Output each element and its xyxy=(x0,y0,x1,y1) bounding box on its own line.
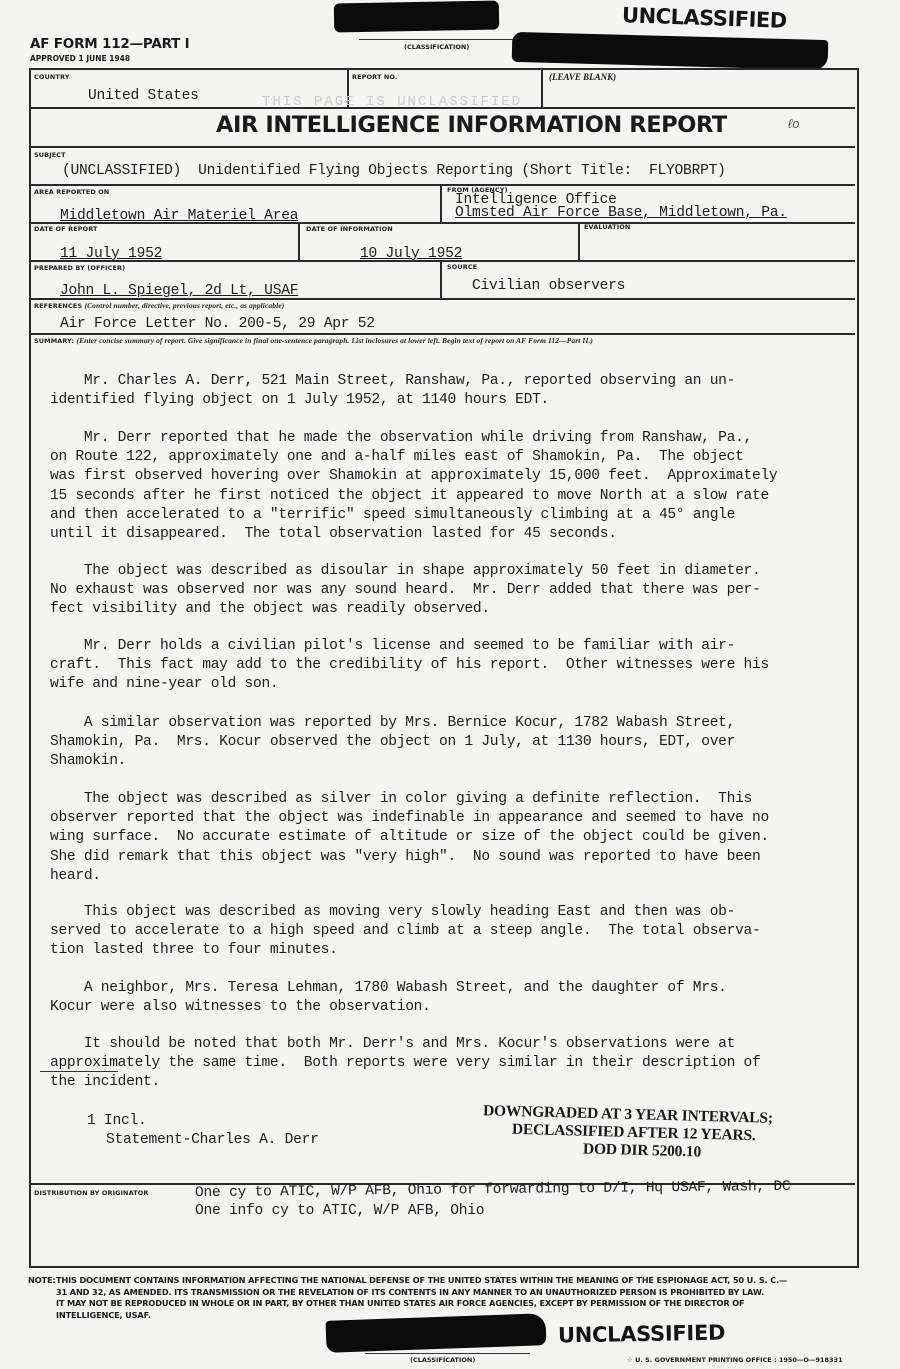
distribution-label: DISTRIBUTION BY ORIGINATOR xyxy=(34,1189,148,1197)
text-line: She did remark that this object was "ver… xyxy=(50,848,860,867)
text-line: A similar observation was reported by Mr… xyxy=(50,714,860,733)
text-line: Kocur were also witnesses to the observa… xyxy=(50,998,860,1017)
inclosure-count: 1 Incl. xyxy=(87,1113,147,1129)
text-line: Mr. Charles A. Derr, 521 Main Street, Ra… xyxy=(50,372,860,391)
paragraph-4: Mr. Derr holds a civilian pilot's licens… xyxy=(50,637,860,695)
underline-mark xyxy=(40,1071,118,1072)
paragraph-2: Mr. Derr reported that he made the obser… xyxy=(50,429,860,544)
paragraph-9: It should be noted that both Mr. Derr's … xyxy=(50,1035,860,1093)
paragraph-1: Mr. Charles A. Derr, 521 Main Street, Ra… xyxy=(50,372,860,410)
notice-line: IT MAY NOT BE REPRODUCED IN WHOLE OR IN … xyxy=(56,1298,876,1310)
leave-blank-label: (LEAVE BLANK) xyxy=(549,72,616,82)
divider xyxy=(31,333,855,335)
evaluation-label: EVALUATION xyxy=(584,223,630,231)
divider xyxy=(31,184,855,186)
source-value: Civilian observers xyxy=(472,278,625,294)
subject-value: (UNCLASSIFIED) Unidentified Flying Objec… xyxy=(62,163,726,179)
notice-line: 31 AND 32, AS AMENDED. ITS TRANSMISSION … xyxy=(56,1287,876,1299)
references-label-text: REFERENCES xyxy=(34,302,82,310)
text-line: Shamokin, Pa. Mrs. Kocur observed the ob… xyxy=(50,733,860,752)
paragraph-6: The object was described as silver in co… xyxy=(50,790,860,886)
prepared-by-label: PREPARED BY (Officer) xyxy=(34,264,125,272)
text-line: wing surface. No accurate estimate of al… xyxy=(50,828,860,847)
text-line: approximately the same time. Both report… xyxy=(50,1054,860,1073)
text-line: No exhaust was observed nor was any soun… xyxy=(50,581,860,600)
divider xyxy=(440,261,442,298)
text-line: tion lasted three to four minutes. xyxy=(50,941,860,960)
references-value: Air Force Letter No. 200-5, 29 Apr 52 xyxy=(60,316,375,332)
text-line: observer reported that the object was in… xyxy=(50,809,860,828)
divider xyxy=(298,223,300,260)
text-line: the incident. xyxy=(50,1073,860,1092)
date-of-info-label: DATE OF INFORMATION xyxy=(306,225,393,233)
text-line: A neighbor, Mrs. Teresa Lehman, 1780 Wab… xyxy=(50,979,860,998)
report-no-label: REPORT NO. xyxy=(352,73,397,81)
text-line: Shamokin. xyxy=(50,752,860,771)
references-label: REFERENCES (Control number, directive, p… xyxy=(34,301,284,310)
divider xyxy=(31,298,855,300)
paragraph-8: A neighbor, Mrs. Teresa Lehman, 1780 Wab… xyxy=(50,979,860,1017)
country-value: United States xyxy=(88,88,199,104)
summary-label-text: SUMMARY: xyxy=(34,337,74,345)
form-id: AF FORM 112—PART I xyxy=(30,36,190,52)
text-line: Mr. Derr holds a civilian pilot's licens… xyxy=(50,637,860,656)
subject-label: SUBJECT xyxy=(34,151,66,159)
text-line: It should be noted that both Mr. Derr's … xyxy=(50,1035,860,1054)
distribution-line2: One info cy to ATIC, W/P AFB, Ohio xyxy=(195,1203,484,1219)
security-notice-prefix: NOTE: xyxy=(28,1275,56,1287)
downgrade-stamp-line3: DOD DIR 5200.10 xyxy=(583,1140,701,1161)
classification-label-bottom: (CLASSIFICATION) xyxy=(410,1356,475,1364)
divider xyxy=(578,223,580,260)
divider xyxy=(440,185,442,222)
text-line: The object was described as disoular in … xyxy=(50,562,860,581)
references-hint: (Control number, directive, previous rep… xyxy=(84,301,284,310)
text-line: fect visibility and the object was readi… xyxy=(50,600,860,619)
divider xyxy=(541,70,543,107)
inclosure-item: Statement-Charles A. Derr xyxy=(106,1132,319,1148)
redaction-top-right xyxy=(512,32,829,70)
classification-rule xyxy=(359,39,529,40)
paragraph-5: A similar observation was reported by Mr… xyxy=(50,714,860,772)
approved-date: APPROVED 1 JUNE 1948 xyxy=(30,54,130,63)
text-line: heard. xyxy=(50,867,860,886)
summary-label: SUMMARY: (Enter concise summary of repor… xyxy=(34,336,593,345)
prepared-by-value: John L. Spiegel, 2d Lt, USAF xyxy=(60,283,298,299)
classification-label-top: (CLASSIFICATION) xyxy=(404,43,469,51)
text-line: identified flying object on 1 July 1952,… xyxy=(50,391,860,410)
summary-hint: (Enter concise summary of report. Give s… xyxy=(77,336,594,345)
redaction-bottom xyxy=(326,1313,547,1353)
divider xyxy=(31,222,855,224)
divider xyxy=(31,260,855,262)
printing-office: ☆ U. S. GOVERNMENT PRINTING OFFICE : 195… xyxy=(627,1356,843,1364)
text-line: until it disappeared. The total observat… xyxy=(50,525,860,544)
text-line: on Route 122, approximately one and a-ha… xyxy=(50,448,860,467)
divider xyxy=(31,146,855,148)
text-line: This object was described as moving very… xyxy=(50,903,860,922)
text-line: was first observed hovering over Shamoki… xyxy=(50,467,860,486)
notice-line: THIS DOCUMENT CONTAINS INFORMATION AFFEC… xyxy=(56,1275,876,1287)
source-label: SOURCE xyxy=(447,263,477,271)
paragraph-3: The object was described as disoular in … xyxy=(50,562,860,620)
text-line: served to accelerate to a high speed and… xyxy=(50,922,860,941)
security-notice: THIS DOCUMENT CONTAINS INFORMATION AFFEC… xyxy=(56,1275,876,1321)
divider xyxy=(31,107,855,109)
from-line2: Olmsted Air Force Base, Middletown, Pa. xyxy=(455,205,787,221)
unclassified-stamp-top: UNCLASSIFIED xyxy=(622,3,787,33)
unclassified-stamp-bottom: UNCLASSIFIED xyxy=(558,1321,726,1348)
redaction-top-left xyxy=(334,1,499,33)
text-line: Mr. Derr reported that he made the obser… xyxy=(50,429,860,448)
area-label: AREA REPORTED ON xyxy=(34,188,109,196)
text-line: craft. This fact may add to the credibil… xyxy=(50,656,860,675)
handwritten-mark: ℓo xyxy=(788,116,799,131)
text-line: and then accelerated to a "terrific" spe… xyxy=(50,506,860,525)
text-line: 15 seconds after he first noticed the ob… xyxy=(50,487,860,506)
text-line: wife and nine-year old son. xyxy=(50,675,860,694)
report-title: AIR INTELLIGENCE INFORMATION REPORT xyxy=(216,112,727,138)
text-line: The object was described as silver in co… xyxy=(50,790,860,809)
classification-rule-bottom xyxy=(365,1353,530,1354)
country-label: COUNTRY xyxy=(34,73,70,81)
paragraph-7: This object was described as moving very… xyxy=(50,903,860,961)
date-of-report-label: DATE OF REPORT xyxy=(34,225,98,233)
